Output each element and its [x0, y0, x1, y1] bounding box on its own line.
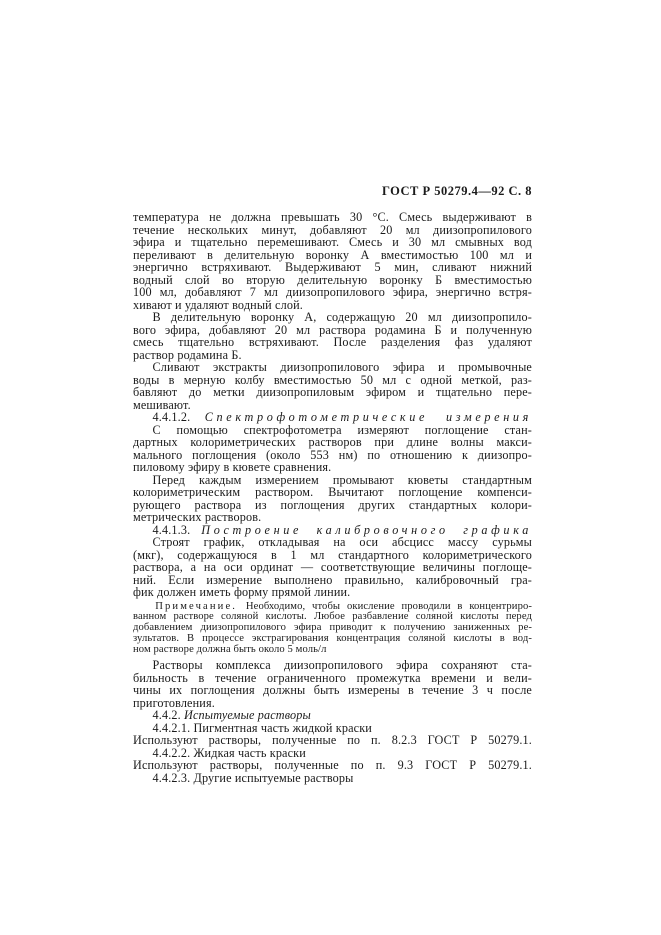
- text-column: ГОСТ Р 50279.4—92 С. 8 температура не до…: [133, 184, 532, 784]
- text-line: Строят график, откладывая на оси абсцисс…: [133, 536, 532, 549]
- text-line: Сливают экстракты диизопропилового эфира…: [133, 361, 532, 374]
- text-line: ном растворе должна быть около 5 моль/л: [133, 645, 532, 656]
- line-solutions-8-2-3: Используют растворы, полученные по п. 8.…: [133, 734, 532, 747]
- paragraph-extracts: Сливают экстракты диизопропилового эфира…: [133, 361, 532, 411]
- text-line: Используют растворы, полученные по п. 8.…: [133, 734, 532, 747]
- paragraph-spectrophotometer: С помощью спектрофотометра измеряют погл…: [133, 424, 532, 474]
- text-line: температура не должна превышать 30 °С. С…: [133, 211, 532, 224]
- text-line: В делительную воронку А, содержащую 20 м…: [133, 311, 532, 324]
- document-body: температура не должна превышать 30 °С. С…: [133, 211, 532, 784]
- section-heading-4-4-1-2: 4.4.1.2. Спектрофотометрические измерени…: [133, 411, 532, 424]
- text-line: фик должен иметь форму прямой линии.: [133, 586, 532, 599]
- section-number: 4.4.2.: [153, 708, 185, 722]
- paragraph-cuvette-wash: Перед каждым измерением промывают кюветы…: [133, 474, 532, 524]
- section-heading-4-4-2: 4.4.2. Испытуемые растворы: [133, 709, 532, 722]
- paragraph-extraction-1: температура не должна превышать 30 °С. С…: [133, 211, 532, 311]
- text-line: бавляют до метки диизопропиловым эфиром …: [133, 386, 532, 399]
- text-line: 100 мл, добавляют 7 мл диизопропилового …: [133, 286, 532, 299]
- line-4-4-2-3: 4.4.2.3. Другие испытуемые растворы: [133, 772, 532, 785]
- document-page: ГОСТ Р 50279.4—92 С. 8 температура не до…: [0, 0, 661, 935]
- text-line: эфира и тщательно перемешивают. Смесь и …: [133, 236, 532, 249]
- paragraph-stability: Растворы комплекса диизопропилового эфир…: [133, 659, 532, 709]
- text-line: Используют растворы, полученные по п. 9.…: [133, 759, 532, 772]
- section-title: Испытуемые растворы: [184, 708, 311, 722]
- text-line: смесь тщательно встряхивают. После разде…: [133, 336, 532, 349]
- section-number: 4.4.1.2.: [153, 410, 205, 424]
- text-line: чины их поглощения должны быть измерены …: [133, 684, 532, 697]
- text-line: дартных колориметрических растворов при …: [133, 436, 532, 449]
- note: Примечание. Необходимо, чтобы окисление …: [133, 602, 532, 657]
- note-lead: Примечание.: [155, 601, 246, 612]
- paragraph-funnel-a: В делительную воронку А, содержащую 20 м…: [133, 311, 532, 361]
- line-solutions-9-3: Используют растворы, полученные по п. 9.…: [133, 759, 532, 772]
- text-line: Растворы комплекса диизопропилового эфир…: [133, 659, 532, 672]
- text-line: колориметрическим раствором. Вычитают по…: [133, 486, 532, 499]
- text-line: 4.4.2.3. Другие испытуемые растворы: [133, 772, 532, 785]
- section-title: Спектрофотометрические измерения: [205, 410, 532, 424]
- text-line: энергично встряхивают. Выдерживают 5 мин…: [133, 261, 532, 274]
- text-line: пиловому эфиру в кювете сравнения.: [133, 461, 532, 474]
- text-line: раствора, а на оси ординат — соответству…: [133, 561, 532, 574]
- page-header: ГОСТ Р 50279.4—92 С. 8: [133, 184, 532, 199]
- paragraph-calibration-graph: Строят график, откладывая на оси абсцисс…: [133, 536, 532, 599]
